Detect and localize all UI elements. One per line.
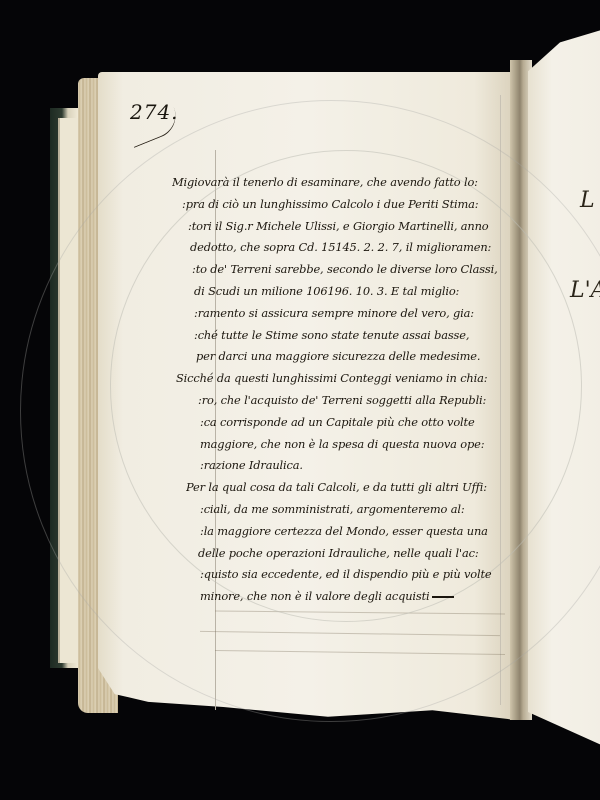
text-line: :razione Idraulica. (200, 455, 500, 477)
manuscript-photo: L L'A 274. Migiovarà il tenerlo di esami… (0, 0, 600, 800)
text-line: Per la qual cosa da tali Calcoli, e da t… (186, 477, 500, 499)
text-line: minore, che non è il valore degli acquis… (200, 586, 500, 608)
text-line: :tori il Sig.r Michele Ulissi, e Giorgio… (188, 216, 500, 238)
facing-page-fragment: L (580, 188, 595, 213)
text-line: :pra di ciò un lunghissimo Calcolo i due… (182, 194, 500, 216)
text-line: per darci una maggiore sicurezza delle m… (196, 346, 500, 368)
manuscript-text: Migiovarà il tenerlo di esaminare, che a… (200, 172, 500, 608)
text-line-content: minore, che non è il valore degli acquis… (200, 589, 430, 603)
text-line: maggiore, che non è la spesa di questa n… (200, 434, 500, 456)
text-line: :ro, che l'acquisto de' Terreni soggetti… (198, 390, 500, 412)
text-line: :ca corrisponde ad un Capitale più che o… (200, 412, 500, 434)
text-line: Sicché da questi lunghissimi Conteggi ve… (176, 368, 500, 390)
text-line: :ché tutte le Stime sono state tenute as… (194, 325, 500, 347)
text-line: di Scudi un milione 106196. 10. 3. E tal… (194, 281, 500, 303)
text-line: delle poche operazioni Idrauliche, nelle… (198, 543, 500, 565)
text-line: :to de' Terreni sarebbe, secondo le dive… (192, 259, 500, 281)
text-line: :ramento si assicura sempre minore del v… (194, 303, 500, 325)
text-line: :quisto sia eccedente, ed il dispendio p… (200, 564, 500, 586)
line-end-flourish (432, 596, 454, 598)
text-line: Migiovarà il tenerlo di esaminare, che a… (172, 172, 500, 194)
text-line: :la maggiore certezza del Mondo, esser q… (200, 521, 500, 543)
text-line: :ciali, da me somministrati, argomentere… (200, 499, 500, 521)
text-line: dedotto, che sopra Cd. 15145. 2. 2. 7, i… (190, 237, 500, 259)
